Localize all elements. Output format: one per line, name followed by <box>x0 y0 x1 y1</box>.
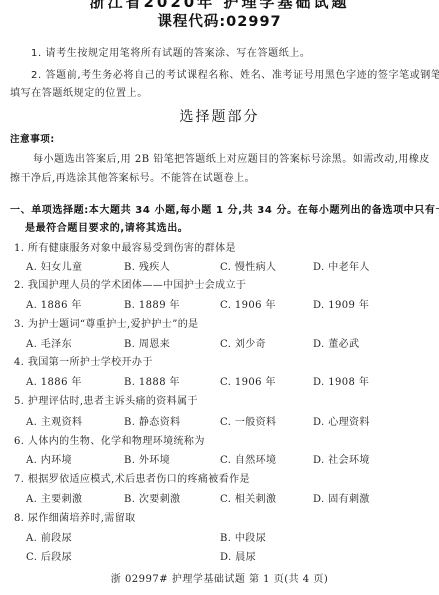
section-title: 选择题部分 <box>0 106 439 126</box>
question-7-option-b: B. 次要刺激 <box>124 490 181 505</box>
question-1-option-d: D. 中老年人 <box>313 258 370 273</box>
question-5-option-c: C. 一般资料 <box>220 413 276 428</box>
question-5-option-b: B. 静态资料 <box>124 413 181 428</box>
question-3-option-d: D. 董必武 <box>313 335 359 350</box>
question-3-option-c: C. 刘少奇 <box>220 335 266 350</box>
question-7-option-a: A. 主要刺激 <box>26 490 82 505</box>
instruction-1: 1. 请考生按规定用笔将所有试题的答案涂、写在答题纸上。 <box>31 44 311 59</box>
instruction-2: 2. 答题前,考生务必将自己的考试课程名称、姓名、准考证号用黑色字迹的签字笔或钢… <box>31 66 439 81</box>
question-2-option-c: C. 1906 年 <box>220 296 276 311</box>
question-3-stem: 3. 为护士题词“尊重护士,爱护护士”的是 <box>14 315 199 330</box>
instruction-2-cont: 填写在答题纸规定的位置上。 <box>10 84 148 99</box>
question-1-stem: 1. 所有健康服务对象中最容易受到伤害的群体是 <box>14 239 236 254</box>
question-7-option-d: D. 固有刺激 <box>313 490 370 505</box>
question-8-option-c: C. 后段尿 <box>26 548 72 563</box>
question-1-option-a: A. 妇女儿童 <box>26 258 82 273</box>
question-8-option-b: B. 中段尿 <box>220 529 266 544</box>
question-6-stem: 6. 人体内的生物、化学和物理环境统称为 <box>14 432 205 447</box>
question-5-option-a: A. 主观资料 <box>26 413 82 428</box>
question-2-option-b: B. 1889 年 <box>124 296 180 311</box>
question-7-stem: 7. 根据罗依适应模式,术后患者伤口的疼痛被看作是 <box>14 470 250 485</box>
question-1-option-b: B. 残疾人 <box>124 258 170 273</box>
notes-heading: 注意事项: <box>10 131 55 145</box>
course-code: 课程代码:02997 <box>0 10 439 31</box>
question-2-option-a: A. 1886 年 <box>26 296 82 311</box>
question-4-option-c: C. 1906 年 <box>220 373 276 388</box>
question-4-option-d: D. 1908 年 <box>313 373 369 388</box>
question-3-option-a: A. 毛泽东 <box>26 335 72 350</box>
question-2-stem: 2. 我国护理人员的学术团体——中国护士会成立于 <box>14 276 246 291</box>
question-5-option-d: D. 心理资料 <box>313 413 370 428</box>
question-6-option-b: B. 外环境 <box>124 451 170 466</box>
question-2-option-d: D. 1909 年 <box>313 296 369 311</box>
question-4-option-a: A. 1886 年 <box>26 373 82 388</box>
question-5-stem: 5. 护理评估时,患者主诉头痛的资料属于 <box>14 392 198 407</box>
question-8-stem: 8. 尿作细菌培养时,需留取 <box>14 509 136 524</box>
question-8-option-d: D. 晨尿 <box>220 548 256 563</box>
notes-line-2: 擦干净后,再选涂其他答案标号。不能答在试题卷上。 <box>10 169 255 184</box>
question-4-option-b: B. 1888 年 <box>124 373 180 388</box>
question-8-option-a: A. 前段尿 <box>26 529 72 544</box>
question-3-option-b: B. 周恩来 <box>124 335 170 350</box>
part-one-heading: 一、单项选择题:本大题共 34 小题,每小题 1 分,共 34 分。在每小题列出… <box>10 201 439 216</box>
question-6-option-a: A. 内环境 <box>26 451 72 466</box>
exam-page: 浙江省2020年 护理学基础试题 课程代码:02997 1. 请考生按规定用笔将… <box>0 0 439 595</box>
page-footer: 浙 02997# 护理学基础试题 第 1 页(共 4 页) <box>0 570 439 585</box>
notes-line-1: 每小题选出答案后,用 2B 铅笔把答题纸上对应题目的答案标号涂黑。如需改动,用橡… <box>33 150 430 165</box>
question-1-option-c: C. 慢性病人 <box>220 258 276 273</box>
question-6-option-c: C. 自然环境 <box>220 451 276 466</box>
part-one-heading-cont: 是最符合题目要求的,请将其选出。 <box>25 219 188 234</box>
question-4-stem: 4. 我国第一所护士学校开办于 <box>14 353 153 368</box>
question-6-option-d: D. 社会环境 <box>313 451 370 466</box>
question-7-option-c: C. 相关刺激 <box>220 490 276 505</box>
